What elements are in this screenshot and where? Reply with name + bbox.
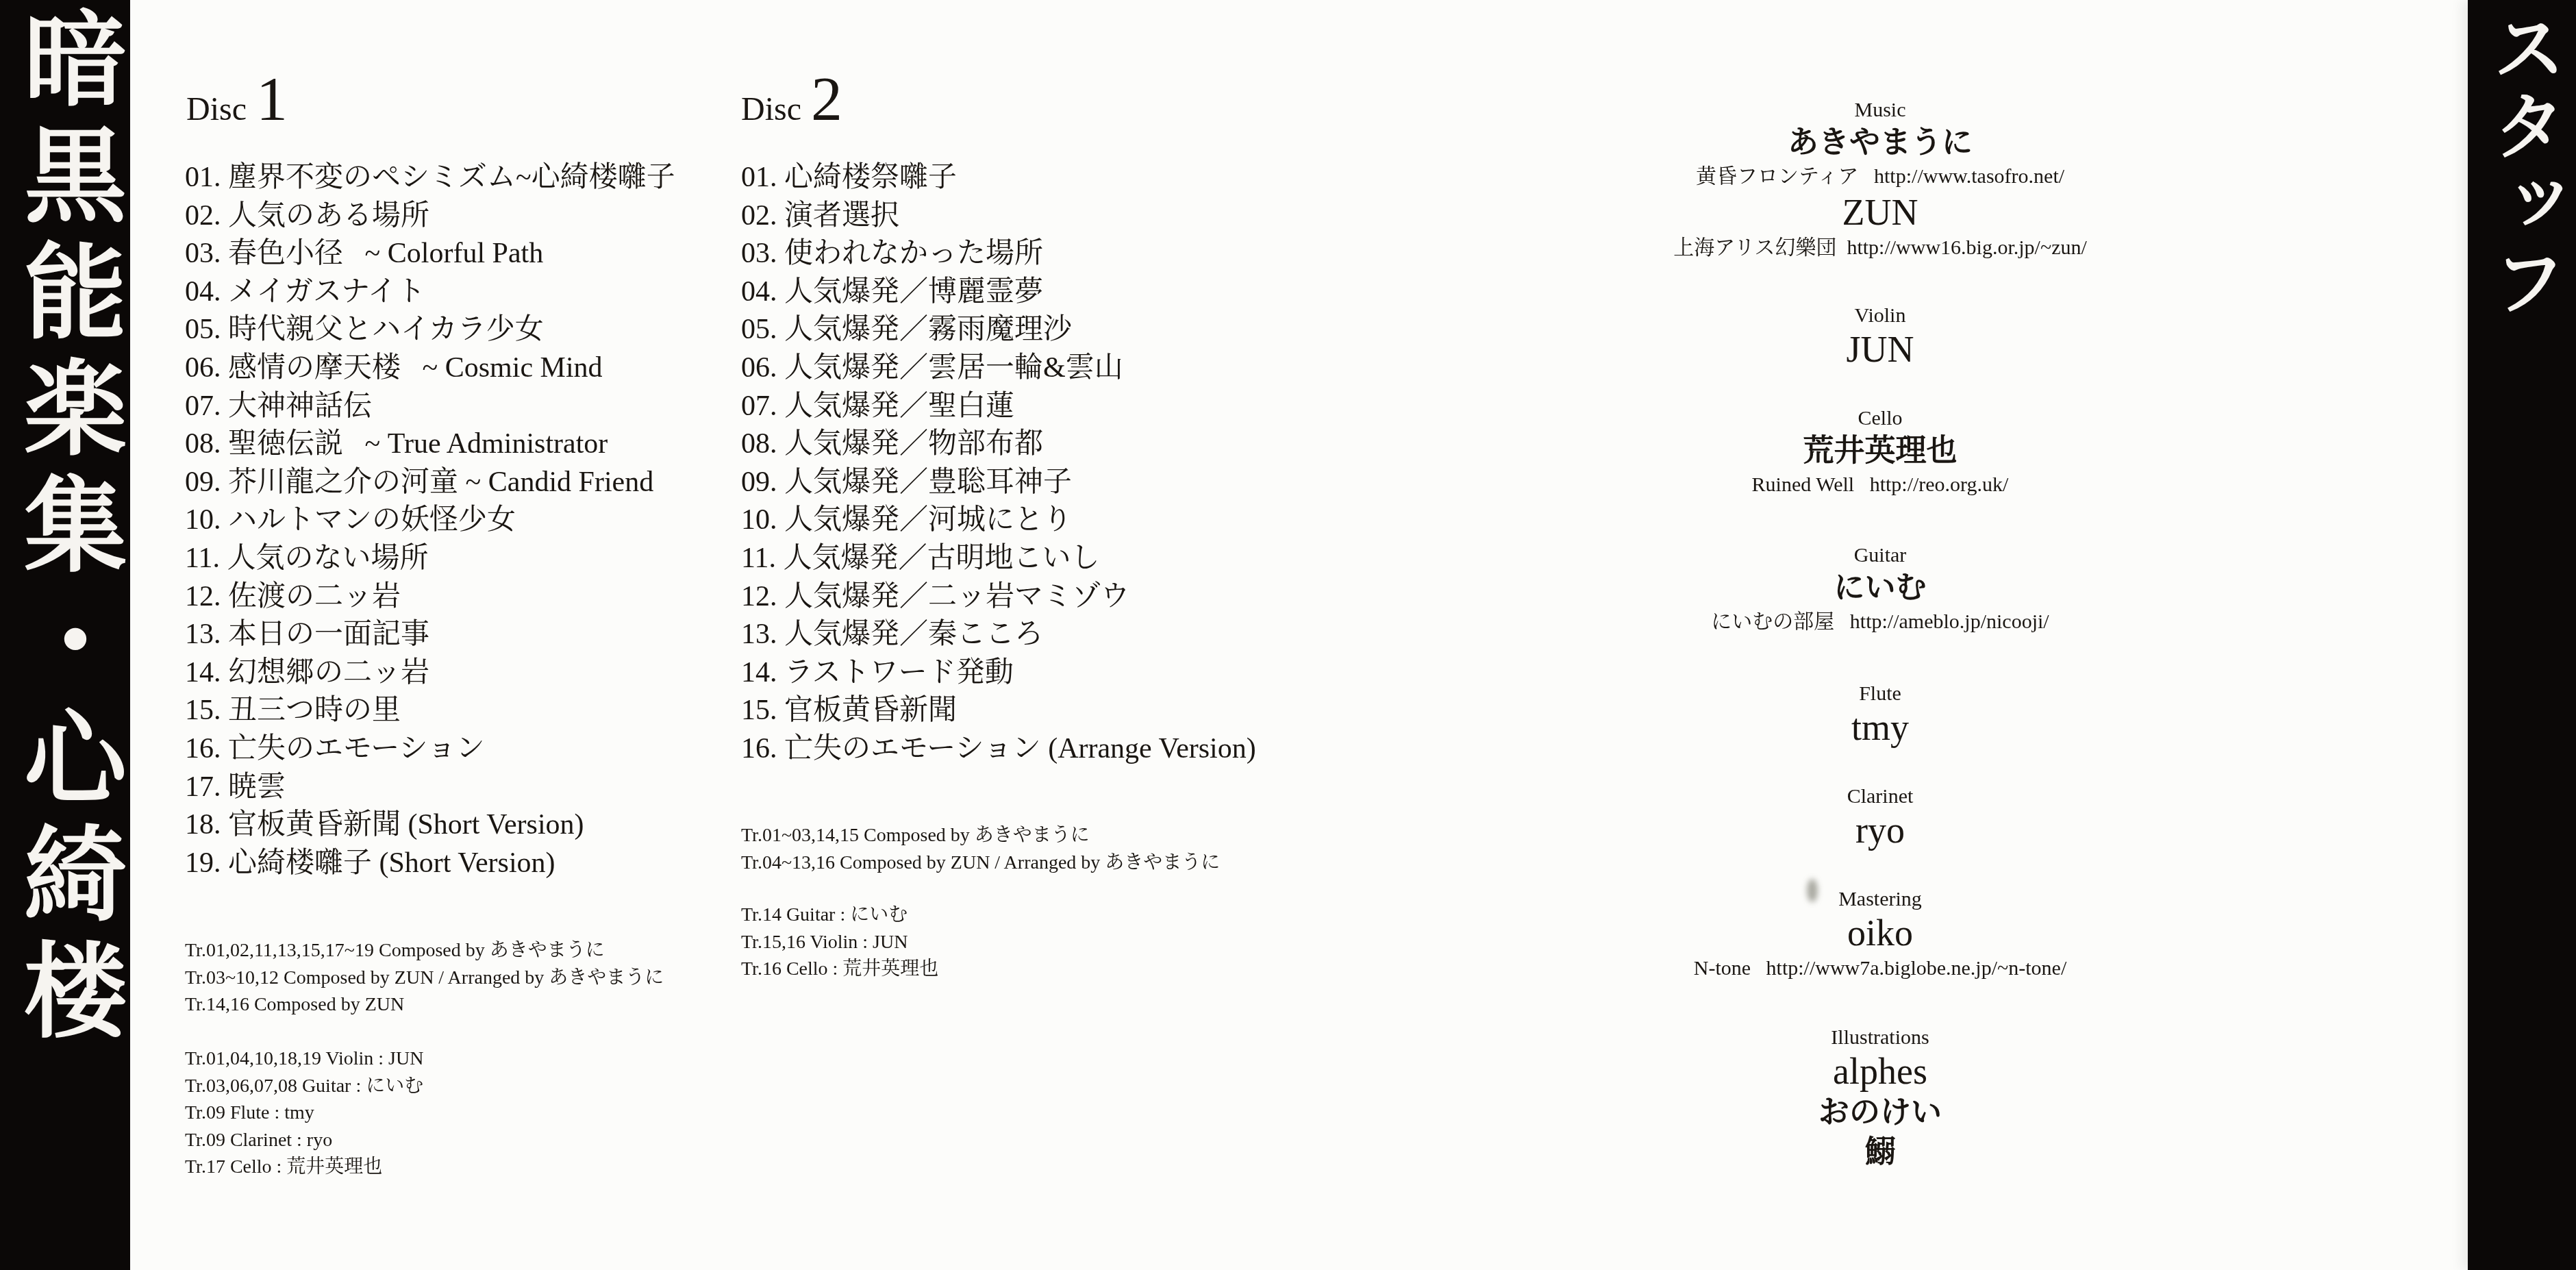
role-label: Mastering (1640, 887, 2120, 912)
staff-name: oiko (1640, 912, 2120, 954)
disc1-label: Disc (186, 93, 247, 126)
role-label: Music (1640, 98, 2120, 123)
staff-section-illustrations: Illustrations alphes おのけい 鰯 (1640, 1025, 2120, 1172)
credit-line: Tr.01,02,11,13,15,17~19 Composed by あきやま… (185, 937, 664, 964)
credit-line: Tr.17 Cello : 荒井英理也 (185, 1154, 423, 1181)
track-item: 05. 人気爆発／霧雨魔理沙 (741, 311, 1256, 349)
track-item: 06. 人気爆発／雲居一輪&雲山 (741, 349, 1256, 388)
disc2-label: Disc (741, 93, 801, 126)
disc2-tracklist: 01. 心綺楼祭囃子02. 演者選択03. 使われなかった場所04. 人気爆発／… (741, 159, 1256, 769)
track-item: 04. メイガスナイト (185, 273, 675, 312)
credit-line: Tr.14,16 Composed by ZUN (185, 991, 664, 1019)
staff-circle-url: 上海アリス幻樂団 http://www16.big.or.jp/~zun/ (1640, 234, 2120, 262)
staff-section-clarinet: Clarinet ryo (1640, 784, 2120, 851)
track-item: 16. 亡失のエモーション (Arrange Version) (741, 730, 1256, 769)
credit-line: Tr.04~13,16 Composed by ZUN / Arranged b… (741, 849, 1220, 877)
track-item: 03. 春色小径 ~ Colorful Path (185, 235, 675, 273)
track-item: 14. 幻想郷の二ッ岩 (185, 654, 675, 693)
track-item: 11. 人気爆発／古明地こいし (741, 540, 1256, 578)
track-item: 10. ハルトマンの妖怪少女 (185, 501, 675, 540)
track-item: 10. 人気爆発／河城にとり (741, 501, 1256, 540)
disc1-performance-credits: Tr.01,04,10,18,19 Violin : JUNTr.03,06,0… (185, 1045, 423, 1181)
track-item: 15. 官板黄昏新聞 (741, 692, 1256, 730)
track-item: 08. 聖徳伝説 ~ True Administrator (185, 425, 675, 464)
staff-circle-url: N-tone http://www7a.biglobe.ne.jp/~n-ton… (1640, 954, 2120, 983)
credit-line: Tr.03,06,07,08 Guitar : にいむ (185, 1073, 423, 1100)
credit-line: Tr.03~10,12 Composed by ZUN / Arranged b… (185, 964, 664, 992)
staff-name: おのけい (1640, 1093, 2120, 1132)
track-item: 13. 本日の一面記事 (185, 616, 675, 654)
staff-name: 荒井英理也 (1640, 431, 2120, 471)
disc1-header: Disc 1 (186, 67, 288, 130)
left-spine-bar: 暗黒能楽集・心綺楼 (0, 0, 130, 1270)
track-item: 01. 塵界不変のペシミズム~心綺楼囃子 (185, 159, 675, 197)
track-item: 03. 使われなかった場所 (741, 235, 1256, 273)
staff-name: にいむ (1640, 568, 2120, 608)
right-spine-bar: スタッフ (2468, 0, 2576, 1270)
track-item: 08. 人気爆発／物部布都 (741, 425, 1256, 464)
credit-line: Tr.09 Flute : tmy (185, 1099, 423, 1127)
staff-column: Music あきやまうに 黄昏フロンティア http://www.tasofro… (1640, 0, 2120, 1270)
staff-section-mastering: Mastering oiko N-tone http://www7a.biglo… (1640, 887, 2120, 983)
role-label: Guitar (1640, 543, 2120, 568)
credit-line: Tr.01~03,14,15 Composed by あきやまうに (741, 822, 1220, 849)
disc1-composition-credits: Tr.01,02,11,13,15,17~19 Composed by あきやま… (185, 937, 664, 1019)
track-item: 06. 感情の摩天楼 ~ Cosmic Mind (185, 349, 675, 388)
track-item: 07. 大神神話伝 (185, 388, 675, 426)
staff-name: ryo (1640, 809, 2120, 851)
staff-name: 鰯 (1640, 1132, 2120, 1172)
credit-line: Tr.15,16 Violin : JUN (741, 929, 938, 956)
track-item: 13. 人気爆発／秦こころ (741, 616, 1256, 654)
disc1-tracklist: 01. 塵界不変のペシミズム~心綺楼囃子02. 人気のある場所03. 春色小径 … (185, 159, 675, 882)
track-item: 09. 人気爆発／豊聡耳神子 (741, 464, 1256, 502)
staff-section-flute: Flute tmy (1640, 682, 2120, 749)
track-item: 15. 丑三つ時の里 (185, 692, 675, 730)
staff-name: alphes (1640, 1050, 2120, 1093)
album-title-vertical: 暗黒能楽集・心綺楼 (0, 5, 139, 1054)
staff-label-vertical: スタッフ (2469, 10, 2575, 322)
disc2-performance-credits: Tr.14 Guitar : にいむTr.15,16 Violin : JUNT… (741, 901, 938, 983)
staff-circle-url: 黄昏フロンティア http://www.tasofro.net/ (1640, 162, 2120, 191)
role-label: Violin (1640, 303, 2120, 328)
scan-smudge (1807, 879, 1818, 902)
track-item: 14. ラストワード発動 (741, 654, 1256, 693)
track-item: 17. 暁雲 (185, 769, 675, 807)
track-item: 11. 人気のない場所 (185, 540, 675, 578)
staff-circle-url: にいむの部屋 http://ameblo.jp/nicooji/ (1640, 608, 2120, 636)
role-label: Flute (1640, 682, 2120, 706)
credit-line: Tr.14 Guitar : にいむ (741, 901, 938, 929)
staff-circle-url: Ruined Well http://reo.org.uk/ (1640, 471, 2120, 499)
staff-name: あきやまうに (1640, 123, 2120, 162)
role-label: Illustrations (1640, 1025, 2120, 1050)
disc1-number: 1 (256, 67, 288, 130)
track-item: 19. 心綺楼囃子 (Short Version) (185, 845, 675, 883)
staff-section-violin: Violin JUN (1640, 303, 2120, 371)
role-label: Cello (1640, 406, 2120, 431)
track-item: 04. 人気爆発／博麗霊夢 (741, 273, 1256, 312)
booklet-page: 暗黒能楽集・心綺楼 Disc 1 01. 塵界不変のペシミズム~心綺楼囃子02.… (0, 0, 2576, 1270)
staff-section-music: Music あきやまうに 黄昏フロンティア http://www.tasofro… (1640, 98, 2120, 262)
disc2-header: Disc 2 (741, 67, 842, 130)
track-item: 07. 人気爆発／聖白蓮 (741, 388, 1256, 426)
track-item: 12. 佐渡の二ッ岩 (185, 578, 675, 617)
track-item: 02. 演者選択 (741, 197, 1256, 236)
track-item: 12. 人気爆発／二ッ岩マミゾウ (741, 578, 1256, 617)
track-item: 01. 心綺楼祭囃子 (741, 159, 1256, 197)
credit-line: Tr.16 Cello : 荒井英理也 (741, 956, 938, 983)
credit-line: Tr.09 Clarinet : ryo (185, 1127, 423, 1154)
staff-name: tmy (1640, 706, 2120, 749)
staff-section-cello: Cello 荒井英理也 Ruined Well http://reo.org.u… (1640, 406, 2120, 499)
credit-line: Tr.01,04,10,18,19 Violin : JUN (185, 1045, 423, 1073)
role-label: Clarinet (1640, 784, 2120, 809)
track-item: 05. 時代親父とハイカラ少女 (185, 311, 675, 349)
disc2-number: 2 (811, 67, 842, 130)
track-item: 18. 官板黄昏新聞 (Short Version) (185, 806, 675, 845)
staff-name: JUN (1640, 328, 2120, 371)
staff-section-guitar: Guitar にいむ にいむの部屋 http://ameblo.jp/nicoo… (1640, 543, 2120, 636)
track-item: 02. 人気のある場所 (185, 197, 675, 236)
track-item: 16. 亡失のエモーション (185, 730, 675, 769)
track-item: 09. 芥川龍之介の河童 ~ Candid Friend (185, 464, 675, 502)
disc2-composition-credits: Tr.01~03,14,15 Composed by あきやまうにTr.04~1… (741, 822, 1220, 876)
staff-name: ZUN (1640, 191, 2120, 234)
